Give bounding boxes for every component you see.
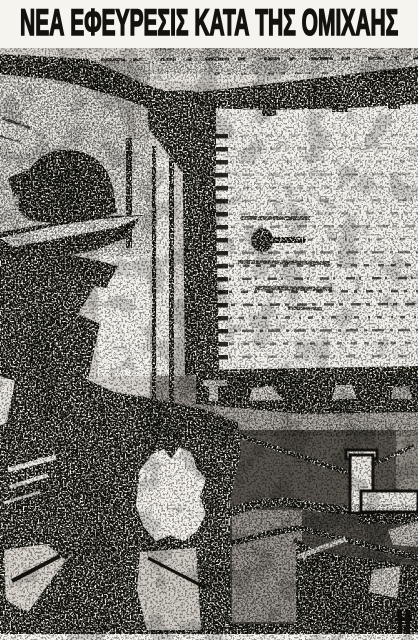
halftone-photo <box>0 48 418 640</box>
newspaper-clipping: ΝΕΑ ΕΦΕΥΡΕΣΙΣ ΚΑΤΑ ΤΗΣ ΟΜΙΧΑΗΣ <box>0 0 418 640</box>
page-title: ΝΕΑ ΕΦΕΥΡΕΣΙΣ ΚΑΤΑ ΤΗΣ ΟΜΙΧΑΗΣ <box>20 6 398 43</box>
headline-bar: ΝΕΑ ΕΦΕΥΡΕΣΙΣ ΚΑΤΑ ΤΗΣ ΟΜΙΧΑΗΣ <box>0 0 418 48</box>
grain-overlay <box>0 48 418 640</box>
